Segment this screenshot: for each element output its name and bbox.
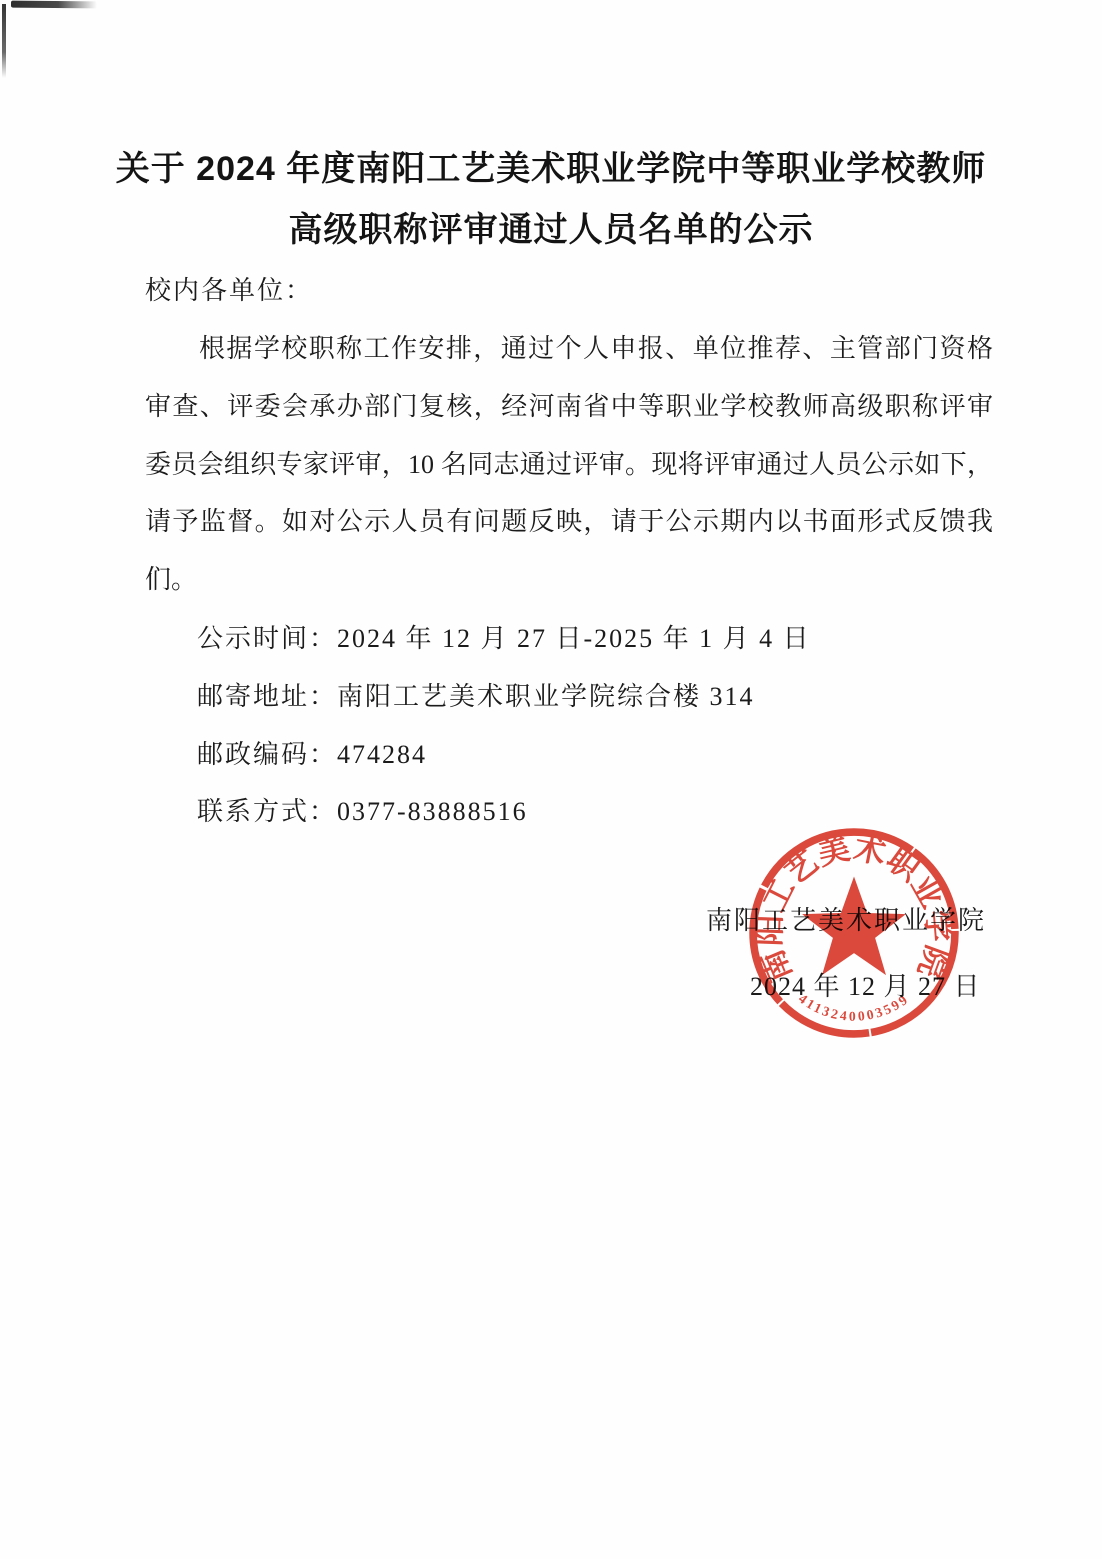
paragraph-line: 根据学校职称工作安排，通过个人申报、单位推荐、主管部门资格 (145, 331, 993, 367)
info-label: 邮政编码： (197, 740, 337, 769)
paragraph-line: 审查、评委会承办部门复核，经河南省中等职业学校教师高级职称评审 (145, 389, 993, 425)
scan-artifact-left (2, 4, 6, 78)
info-line-contact-phone: 联系方式：0377-83888516 (197, 794, 528, 830)
info-label: 公示时间： (197, 624, 337, 653)
seal-star-icon (802, 876, 906, 975)
official-seal-stamp: 南阳工艺美术职业学院 4113240003599 (746, 825, 962, 1041)
info-label: 邮寄地址： (197, 682, 337, 711)
scanned-notice-page: 关于 2024 年度南阳工艺美术职业学院中等职业学校教师 高级职称评审通过人员名… (0, 0, 1102, 1559)
info-value: 2024 年 12 月 27 日-2025 年 1 月 4 日 (337, 624, 811, 653)
paragraph-line: 委员会组织专家评审，10 名同志通过评审。现将评审通过人员公示如下， (145, 447, 993, 483)
info-line-mailing-address: 邮寄地址：南阳工艺美术职业学院综合楼 314 (197, 679, 755, 715)
paragraph-line: 请予监督。如对公示人员有问题反映，请于公示期内以书面形式反馈我 (145, 504, 993, 540)
info-value: 0377-83888516 (337, 797, 528, 826)
seal-serial-number: 4113240003599 (796, 991, 912, 1024)
info-line-postal-code: 邮政编码：474284 (197, 737, 427, 773)
notice-title-line2: 高级职称评审通过人员名单的公示 (0, 207, 1102, 253)
paragraph-line: 们。 (145, 562, 993, 598)
salutation: 校内各单位： (145, 273, 313, 309)
info-value: 南阳工艺美术职业学院综合楼 314 (337, 682, 755, 711)
info-value: 474284 (337, 740, 427, 769)
info-line-publicity-period: 公示时间：2024 年 12 月 27 日-2025 年 1 月 4 日 (197, 621, 811, 657)
scan-artifact-top (11, 1, 97, 9)
info-label: 联系方式： (197, 797, 337, 826)
notice-title-line1: 关于 2024 年度南阳工艺美术职业学院中等职业学校教师 (0, 146, 1102, 192)
